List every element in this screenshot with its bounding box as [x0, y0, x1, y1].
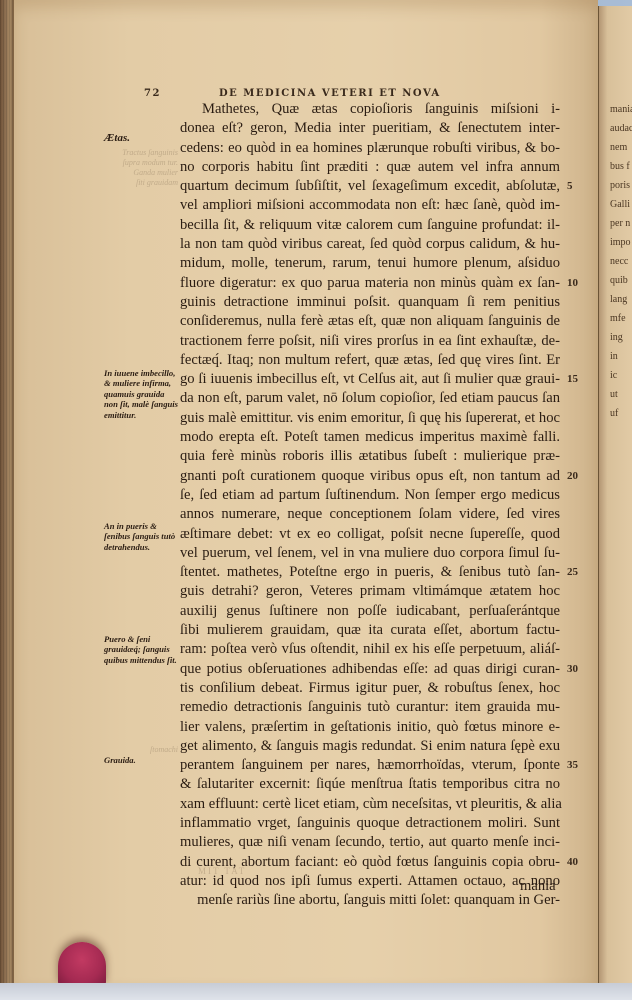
catchword: mania	[520, 878, 556, 895]
facing-page-fragment: bus f	[610, 157, 632, 176]
text-line: ſtentet. mathetes, Poteſtne ergo in puer…	[180, 563, 560, 582]
text-line: lier valens, præſertim in geſtationis in…	[180, 718, 560, 737]
text-line: quartum decimum ſubſiſtit, vel ſexageſim…	[180, 177, 560, 196]
facing-page-fragment: ing	[610, 328, 632, 347]
facing-page-fragment: ic	[610, 366, 632, 385]
text-line: la non tam quòd viribus careat, ſed quòd…	[180, 235, 560, 254]
text-line: que potius obſeruationes adhibendas eſſe…	[180, 660, 560, 679]
text-line: vel puerum, vel ſenem, vel in vna mulier…	[180, 544, 560, 563]
margin-note-pueris: An in pueris & ſenibus ſanguis tutò detr…	[104, 521, 180, 552]
bleed-through-text: Tractus ſanguinis ſupra modum tur.Ganda …	[118, 148, 178, 188]
finger-holding-page	[58, 942, 106, 986]
text-line: annos numerare, neque conceptionem ſolam…	[180, 505, 560, 524]
facing-page-fragment: audac	[610, 119, 632, 138]
text-line: menſe rariùs ſine abortu, ſanguis mitti …	[180, 891, 560, 910]
facing-page-fragment: per n	[610, 214, 632, 233]
text-line: modo erepta eſt. Poteſt tamen medicus im…	[180, 428, 560, 447]
line-number: 20	[567, 470, 578, 482]
text-line: xam effluunt: certè licet etiam, cùm nec…	[180, 795, 560, 814]
running-title: DE MEDICINA VETERI ET NOVA	[219, 88, 441, 99]
spine-texture	[0, 0, 14, 1000]
margin-note-puero: Puero & ſeni grauidæq́; ſanguis quibus m…	[104, 634, 180, 665]
facing-page-fragment: ut	[610, 385, 632, 404]
text-line: æſtimare debet: vt ex eo colligat, poſsi…	[180, 525, 560, 544]
facing-page-fragment: lang	[610, 290, 632, 309]
facing-page-fragment: impo	[610, 233, 632, 252]
text-line: quia ferè minùs roboris illis ætatibus ſ…	[180, 447, 560, 466]
facing-page-fragment: quib	[610, 271, 632, 290]
text-line: & ſalutariter excernit: ſiqúe menſtrua ſ…	[180, 775, 560, 794]
facing-page-fragment: uf	[610, 404, 632, 423]
text-line: midum, molle, tenerum, rarum, tenui humo…	[180, 254, 560, 273]
facing-page-fragment: necc	[610, 252, 632, 271]
facing-page-fragment: in	[610, 347, 632, 366]
line-number: 15	[567, 373, 578, 385]
text-line: auxilij genus ſuſtinere non poſſe iudica…	[180, 602, 560, 621]
text-line: perantem ſanguinem per nares, hæmorrhoïd…	[180, 756, 560, 775]
text-line: da non eſt, parum valet, nō ſolum copioſ…	[180, 389, 560, 408]
margin-note-aetas: Ætas.	[104, 132, 130, 144]
text-line: Mathetes, Quæ ætas copioſioris ſanguinis…	[180, 100, 560, 119]
book-spine	[0, 0, 14, 1000]
text-line: go ſi iuuenis imbecillus eſt, vt Celſus …	[180, 370, 560, 389]
text-line: guis malè emittitur. vis enim emoritur, …	[180, 409, 560, 428]
line-number: 10	[567, 277, 578, 289]
bleed-through-text: ſtomachi	[118, 745, 178, 755]
text-line: vel ampliori miſsioni accommodata non eſ…	[180, 196, 560, 215]
text-line: ram: poſtea verò vſus oſtendit, nihil ex…	[180, 640, 560, 659]
line-number: 5	[567, 180, 573, 192]
text-line: no corporis habitu ſint præditi : quæ au…	[180, 158, 560, 177]
bleed-through-text: MIT TAT	[198, 866, 246, 876]
page-number: 72	[144, 88, 214, 99]
text-line: cedens: eo quòd in ea homines plærunque …	[180, 139, 560, 158]
text-line: ſe, ſed etiam ad partum ſuſtinendum. Non…	[180, 486, 560, 505]
text-line: fluore digeratur: ex quo parua materia n…	[180, 274, 560, 293]
text-line: tis conſilium debeat. Firmus igitur puer…	[180, 679, 560, 698]
text-line: conſideremus, nulla ferè ætas eſt, quæ n…	[180, 312, 560, 331]
margin-note-iuvene: In iuuene imbecillo, & muliere infirma, …	[104, 368, 180, 420]
text-line: get alimento, & ſanguis magis redundat. …	[180, 737, 560, 756]
text-line: guis detrahi? geron, Veteres primam vlti…	[180, 582, 560, 601]
text-line: mulieres, quæ niſi venam ſecundo, tertio…	[180, 833, 560, 852]
text-line: guinis detractione imminui poſsit. quanq…	[180, 293, 560, 312]
text-line: remedio detractionis ſanguinis tutò cura…	[180, 698, 560, 717]
facing-page-fragment: Galli	[610, 195, 632, 214]
line-number: 40	[567, 856, 578, 868]
facing-page-text: maniaaudacnembus fporisGalliper nimponec…	[610, 100, 632, 423]
line-number: 25	[567, 566, 578, 578]
line-number: 35	[567, 759, 578, 771]
facing-page-fragment: poris	[610, 176, 632, 195]
body-text: Mathetes, Quæ ætas copioſioris ſanguinis…	[180, 100, 560, 910]
facing-page-fragment: nem	[610, 138, 632, 157]
facing-page-fragment: mania	[610, 100, 632, 119]
text-line: becilla ſit, & reliquum vitæ calorem cum…	[180, 216, 560, 235]
text-line: gnanti poſt curationem quoque viribus op…	[180, 467, 560, 486]
background-surface	[0, 983, 632, 1000]
text-line: donea eſt? geron, Media inter pueritiam,…	[180, 119, 560, 138]
line-number: 30	[567, 663, 578, 675]
text-line: tractionem ferre poſsit, niſi vires pror…	[180, 332, 560, 351]
facing-page-fragment: mfe	[610, 309, 632, 328]
text-line: fectæq́. Itaq; non multum refert, quæ æt…	[180, 351, 560, 370]
text-line: ſibi mulierem grauidam, quæ ita curata e…	[180, 621, 560, 640]
text-line: inflammatio vrget, ſanguinis quoque detr…	[180, 814, 560, 833]
margin-note-grauida: Grauida.	[104, 755, 180, 765]
